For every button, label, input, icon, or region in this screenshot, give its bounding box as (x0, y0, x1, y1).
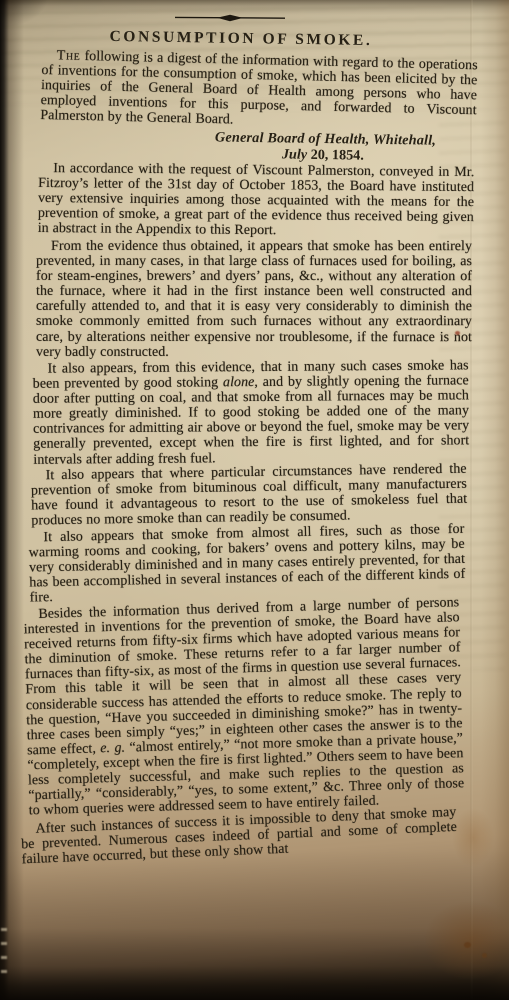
paragraph: It also appears that smoke from almost a… (28, 521, 465, 605)
paragraph: It also appears, from this evidence, tha… (33, 358, 470, 467)
stain-speck (464, 942, 471, 948)
adjacent-page-sliver (1, 928, 7, 978)
text-segment: following is a digest of the information… (40, 49, 478, 128)
intro-paragraph: The following is a digest of the informa… (40, 48, 478, 134)
text-segment: It also appears that smoke from almost a… (29, 521, 466, 605)
text-segment: July (282, 147, 307, 163)
page-title: CONSUMPTION OF SMOKE. (23, 27, 459, 52)
text-segment: The (57, 48, 81, 64)
page-text-column: CONSUMPTION OF SMOKE. The following is a… (0, 0, 509, 858)
text-segment: alone (223, 375, 254, 390)
text-segment: e. g. (100, 741, 125, 757)
text-segment: It also appears that where particular ci… (31, 462, 467, 529)
text-segment: In accordance with the request of Viscou… (38, 162, 475, 240)
divider-row (12, 10, 448, 26)
book-page-photo: CONSUMPTION OF SMOKE. The following is a… (0, 0, 509, 1000)
stain-speck (482, 953, 487, 958)
paragraph: From the evidence thus obtained, it appe… (36, 239, 472, 360)
foxing-stain-bottom-right (399, 880, 509, 990)
dateline: General Board of Health, Whitehall, July… (38, 127, 474, 165)
page-bottom-shadow (0, 850, 509, 1000)
paragraph: It also appears that where particular ci… (31, 462, 468, 529)
fleuron-divider-icon (175, 12, 285, 24)
text-segment: From the evidence thus obtained, it appe… (36, 239, 472, 360)
paragraph: In accordance with the request of Viscou… (38, 161, 475, 241)
body-paragraphs: In accordance with the request of Viscou… (36, 163, 509, 857)
text-segment: 20, 1854. (307, 147, 364, 164)
paragraph: Besides the information thus derived fro… (23, 595, 465, 818)
